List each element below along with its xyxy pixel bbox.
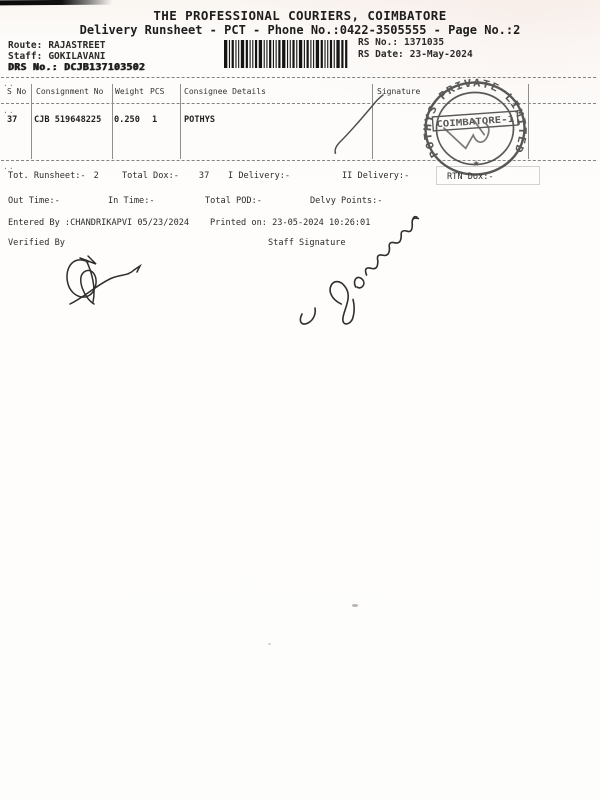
drs-number: DRS No.: DCJB137103502 (8, 62, 145, 73)
total-dox-label: Total Dox:- (122, 171, 179, 181)
total-pod: Total POD:- (205, 196, 262, 206)
scan-speck-artifact (268, 643, 271, 645)
verified-by-label: Verified By (8, 238, 65, 248)
entered-by: Entered By :CHANDRIKAPVI 05/23/2024 (8, 218, 189, 228)
rs-date-line: RS Date:23-May-2024 (358, 49, 473, 60)
column-divider (31, 84, 32, 159)
route-label: Route: (8, 40, 42, 51)
scan-speck-artifact (352, 604, 358, 607)
scan-edge-artifact (0, 0, 112, 5)
staff-value: GOKILAVANI (48, 51, 105, 62)
delivery-runsheet-document: THE PROFESSIONAL COURIERS, COIMBATORE De… (0, 0, 600, 800)
barcode-icon (224, 40, 352, 68)
total-runsheet: Tot. Runsheet:-2 (8, 171, 99, 181)
staff-signature (288, 218, 453, 333)
rs-no-value: 1371035 (404, 37, 444, 48)
pothys-rubber-stamp: POTHYS PRIVATE LIMITED COIMBATORE-1 ★ (420, 77, 530, 180)
verified-by-signature (58, 246, 153, 321)
stamp-star-icon: ★ (473, 156, 480, 169)
column-divider (112, 84, 113, 159)
cell-pcs: 1 (152, 115, 157, 125)
in-time: In Time:- (108, 196, 155, 206)
scan-dots-artifact: .. (3, 106, 15, 115)
cell-s-no: 37 (7, 115, 17, 125)
staff-label: Staff: (8, 51, 42, 62)
header-consignee-details: Consignee Details (184, 87, 266, 96)
header-pcs: PCS (150, 87, 164, 96)
route-line: Route:RAJASTREET (8, 40, 106, 51)
header-consignment-no: Consignment No (36, 87, 103, 96)
rs-date-value: 23-May-2024 (410, 49, 473, 60)
total-runsheet-value: 2 (94, 171, 99, 181)
rs-date-label: RS Date: (358, 49, 404, 60)
rs-no-label: RS No.: (358, 37, 398, 48)
page-title: THE PROFESSIONAL COURIERS, COIMBATORE (0, 8, 600, 23)
header-weight: Weight (115, 87, 144, 96)
page-subtitle: Delivery Runsheet - PCT - Phone No.:0422… (0, 23, 600, 37)
cell-weight: 0.250 (114, 115, 140, 125)
cell-consignment-no: CJB 519648225 (34, 115, 101, 125)
out-time: Out Time:- (8, 196, 60, 206)
scan-dots-artifact: .. (3, 79, 15, 88)
staff-line: Staff:GOKILAVANI (8, 51, 106, 62)
total-dox-value: 37 (199, 171, 209, 181)
scan-dots-artifact: .. (3, 162, 15, 171)
header-s-no: S No (7, 87, 26, 96)
total-dox: Total Dox:-37 (122, 171, 209, 181)
total-runsheet-label: Tot. Runsheet:- (8, 171, 86, 181)
ii-delivery: II Delivery:- (342, 171, 409, 181)
column-divider (180, 84, 181, 159)
i-delivery: I Delivery:- (228, 171, 290, 181)
cell-consignee: POTHYS (184, 115, 215, 125)
rs-no-line: RS No.:1371035 (358, 37, 444, 48)
pen-stroke-signature-mark (325, 93, 387, 157)
route-value: RAJASTREET (48, 40, 105, 51)
delvy-points: Delvy Points:- (310, 196, 382, 206)
